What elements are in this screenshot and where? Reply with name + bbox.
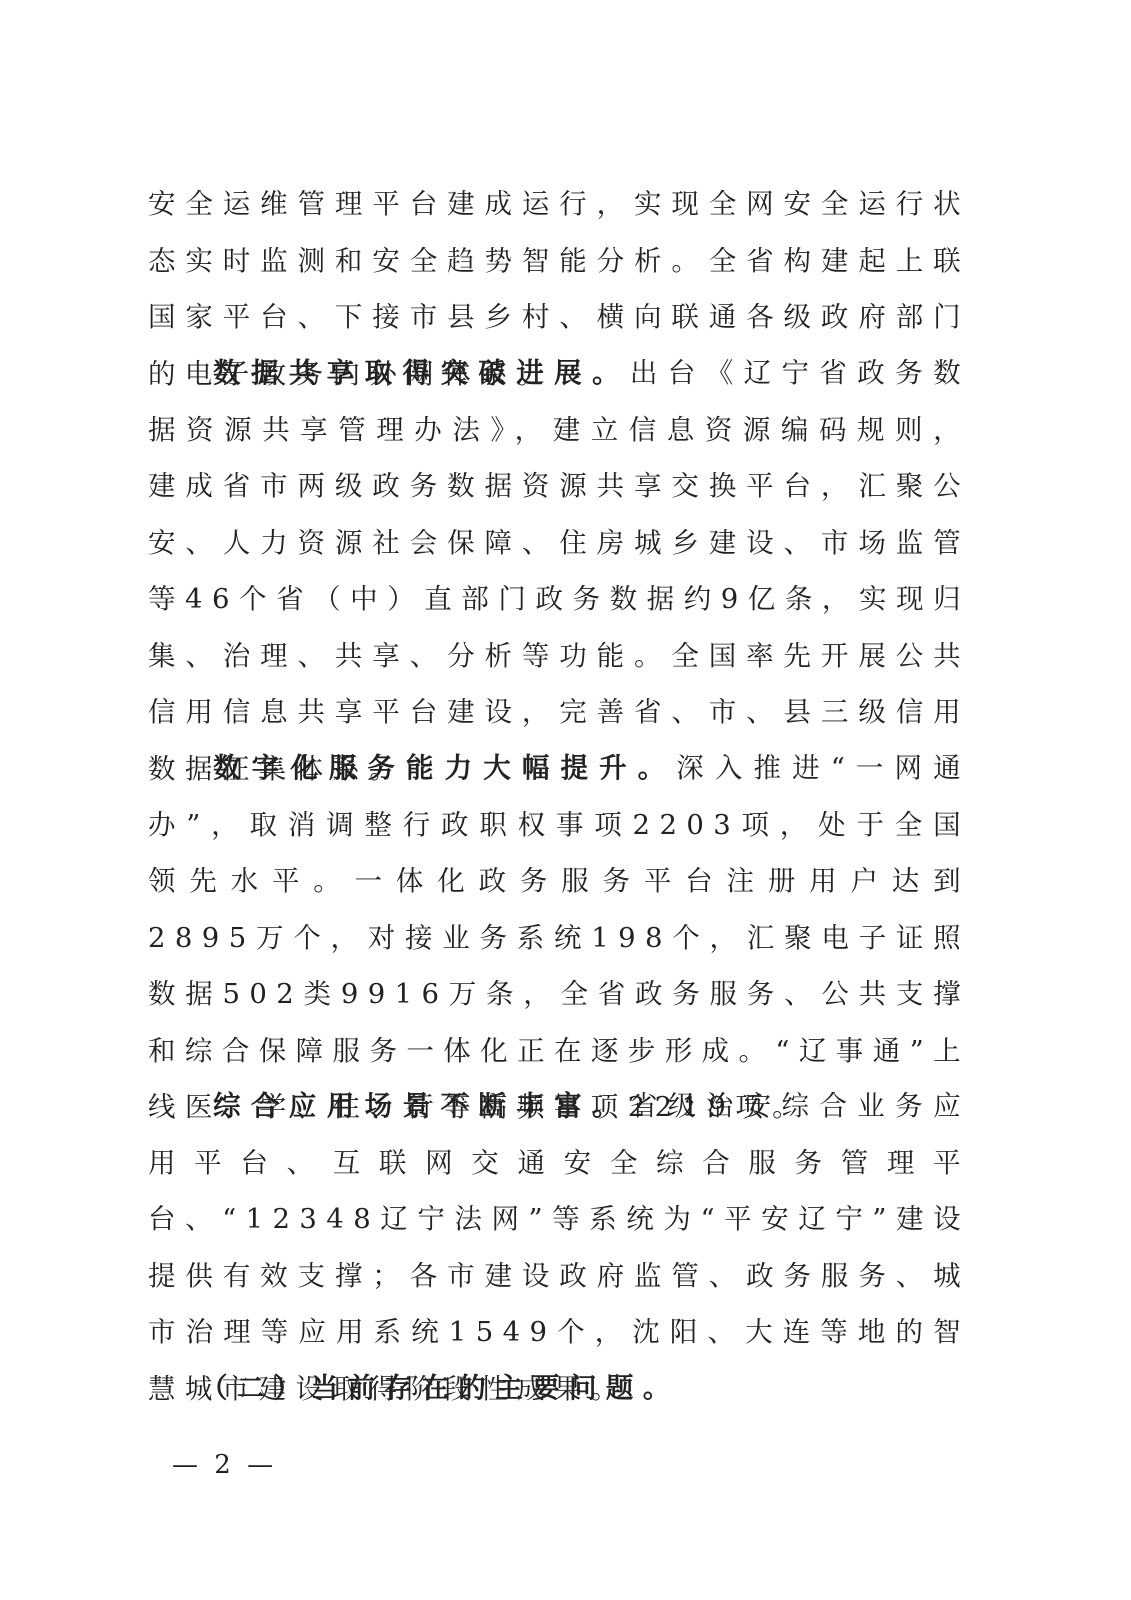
paragraph-text: 出台《辽宁省政务数据资源共享管理办法》，建立信息资源编码规则，建成省市两级政务数… — [148, 357, 970, 785]
document-page: 安全运维管理平台建成运行，实现全网安全运行状态实时监测和安全趋势智能分析。全省构… — [0, 0, 1131, 1600]
paragraph-heading: 数据共享取得突破进展。 — [213, 357, 630, 389]
paragraph-heading: 数字化服务能力大幅提升。 — [213, 752, 676, 784]
paragraph-data-sharing: 数据共享取得突破进展。出台《辽宁省政务数据资源共享管理办法》，建立信息资源编码规… — [148, 345, 970, 797]
page-number: — 2 — — [172, 1450, 277, 1480]
paragraph-text: 省级治安综合业务应用平台、互联网交通安全综合服务管理平台、“12348辽宁法网”… — [148, 1090, 970, 1405]
section-heading-main-problems: （二）当前存在的主要问题。 — [200, 1360, 1022, 1417]
paragraph-heading: 综合应用场景不断丰富。 — [213, 1090, 630, 1122]
paragraph-text: 深入推进“一网通办”，取消调整行政职权事项2203项，处于全国领先水平。一体化政… — [148, 752, 970, 1123]
paragraph-digital-services: 数字化服务能力大幅提升。深入推进“一网通办”，取消调整行政职权事项2203项，处… — [148, 740, 970, 1136]
section-heading-text: （二）当前存在的主要问题。 — [200, 1372, 680, 1404]
